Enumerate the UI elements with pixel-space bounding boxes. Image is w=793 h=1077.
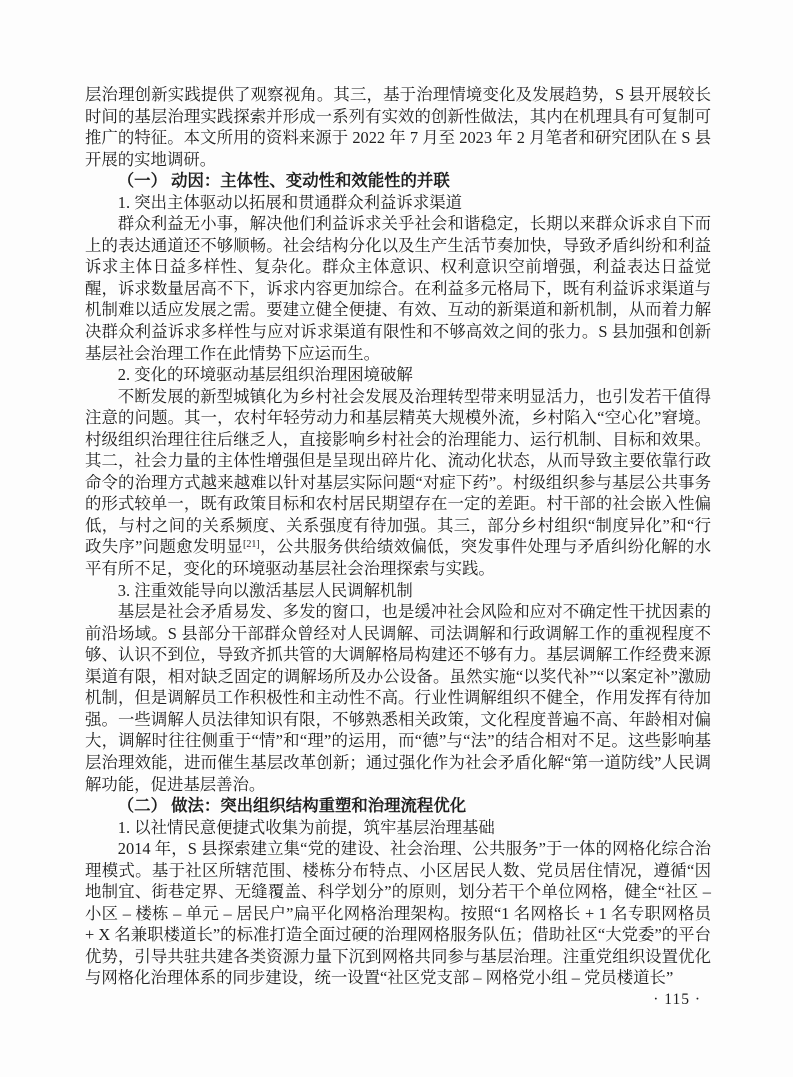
section-1-heading: （一） 动因：主体性、变动性和效能性的并联 [85, 170, 711, 192]
intro-paragraph: 层治理创新实践提供了观察视角。其三，基于治理情境变化及发展趋势，S 县开展较长时… [85, 84, 711, 170]
subsection-2-1-heading: 1. 以社情民意便捷式收集为前提，筑牢基层治理基础 [85, 817, 711, 839]
subsection-1-1-heading: 1. 突出主体驱动以拓展和贯通群众利益诉求渠道 [85, 192, 711, 214]
subsection-2-1-paragraph: 2014 年，S 县探索建立集“党的建设、社会治理、公共服务”于一体的网格化综合… [85, 838, 711, 989]
subsection-1-3-paragraph: 基层是社会矛盾易发、多发的窗口，也是缓冲社会风险和应对不确定性干扰因素的前沿场域… [85, 601, 711, 795]
section-2-heading: （二） 做法：突出组织结构重塑和治理流程优化 [85, 795, 711, 817]
footnote-ref-21: [21] [243, 539, 260, 550]
document-page: 层治理创新实践提供了观察视角。其三，基于治理情境变化及发展趋势，S 县开展较长时… [0, 0, 793, 1077]
article-body: 层治理创新实践提供了观察视角。其三，基于治理情境变化及发展趋势，S 县开展较长时… [85, 84, 711, 989]
page-number: · 115 · [85, 991, 701, 1009]
subsection-1-3-heading: 3. 注重效能导向以激活基层人民调解机制 [85, 580, 711, 602]
subsection-1-2-text: 不断发展的新型城镇化为乡村社会发展及治理转型带来明显活力，也引发若干值得注意的问… [85, 387, 711, 557]
subsection-1-1-paragraph: 群众利益无小事，解决他们利益诉求关乎社会和谐稳定，长期以来群众诉求自下而上的表达… [85, 213, 711, 364]
subsection-1-2-paragraph: 不断发展的新型城镇化为乡村社会发展及治理转型带来明显活力，也引发若干值得注意的问… [85, 386, 711, 580]
subsection-1-2-heading: 2. 变化的环境驱动基层组织治理困境破解 [85, 364, 711, 386]
